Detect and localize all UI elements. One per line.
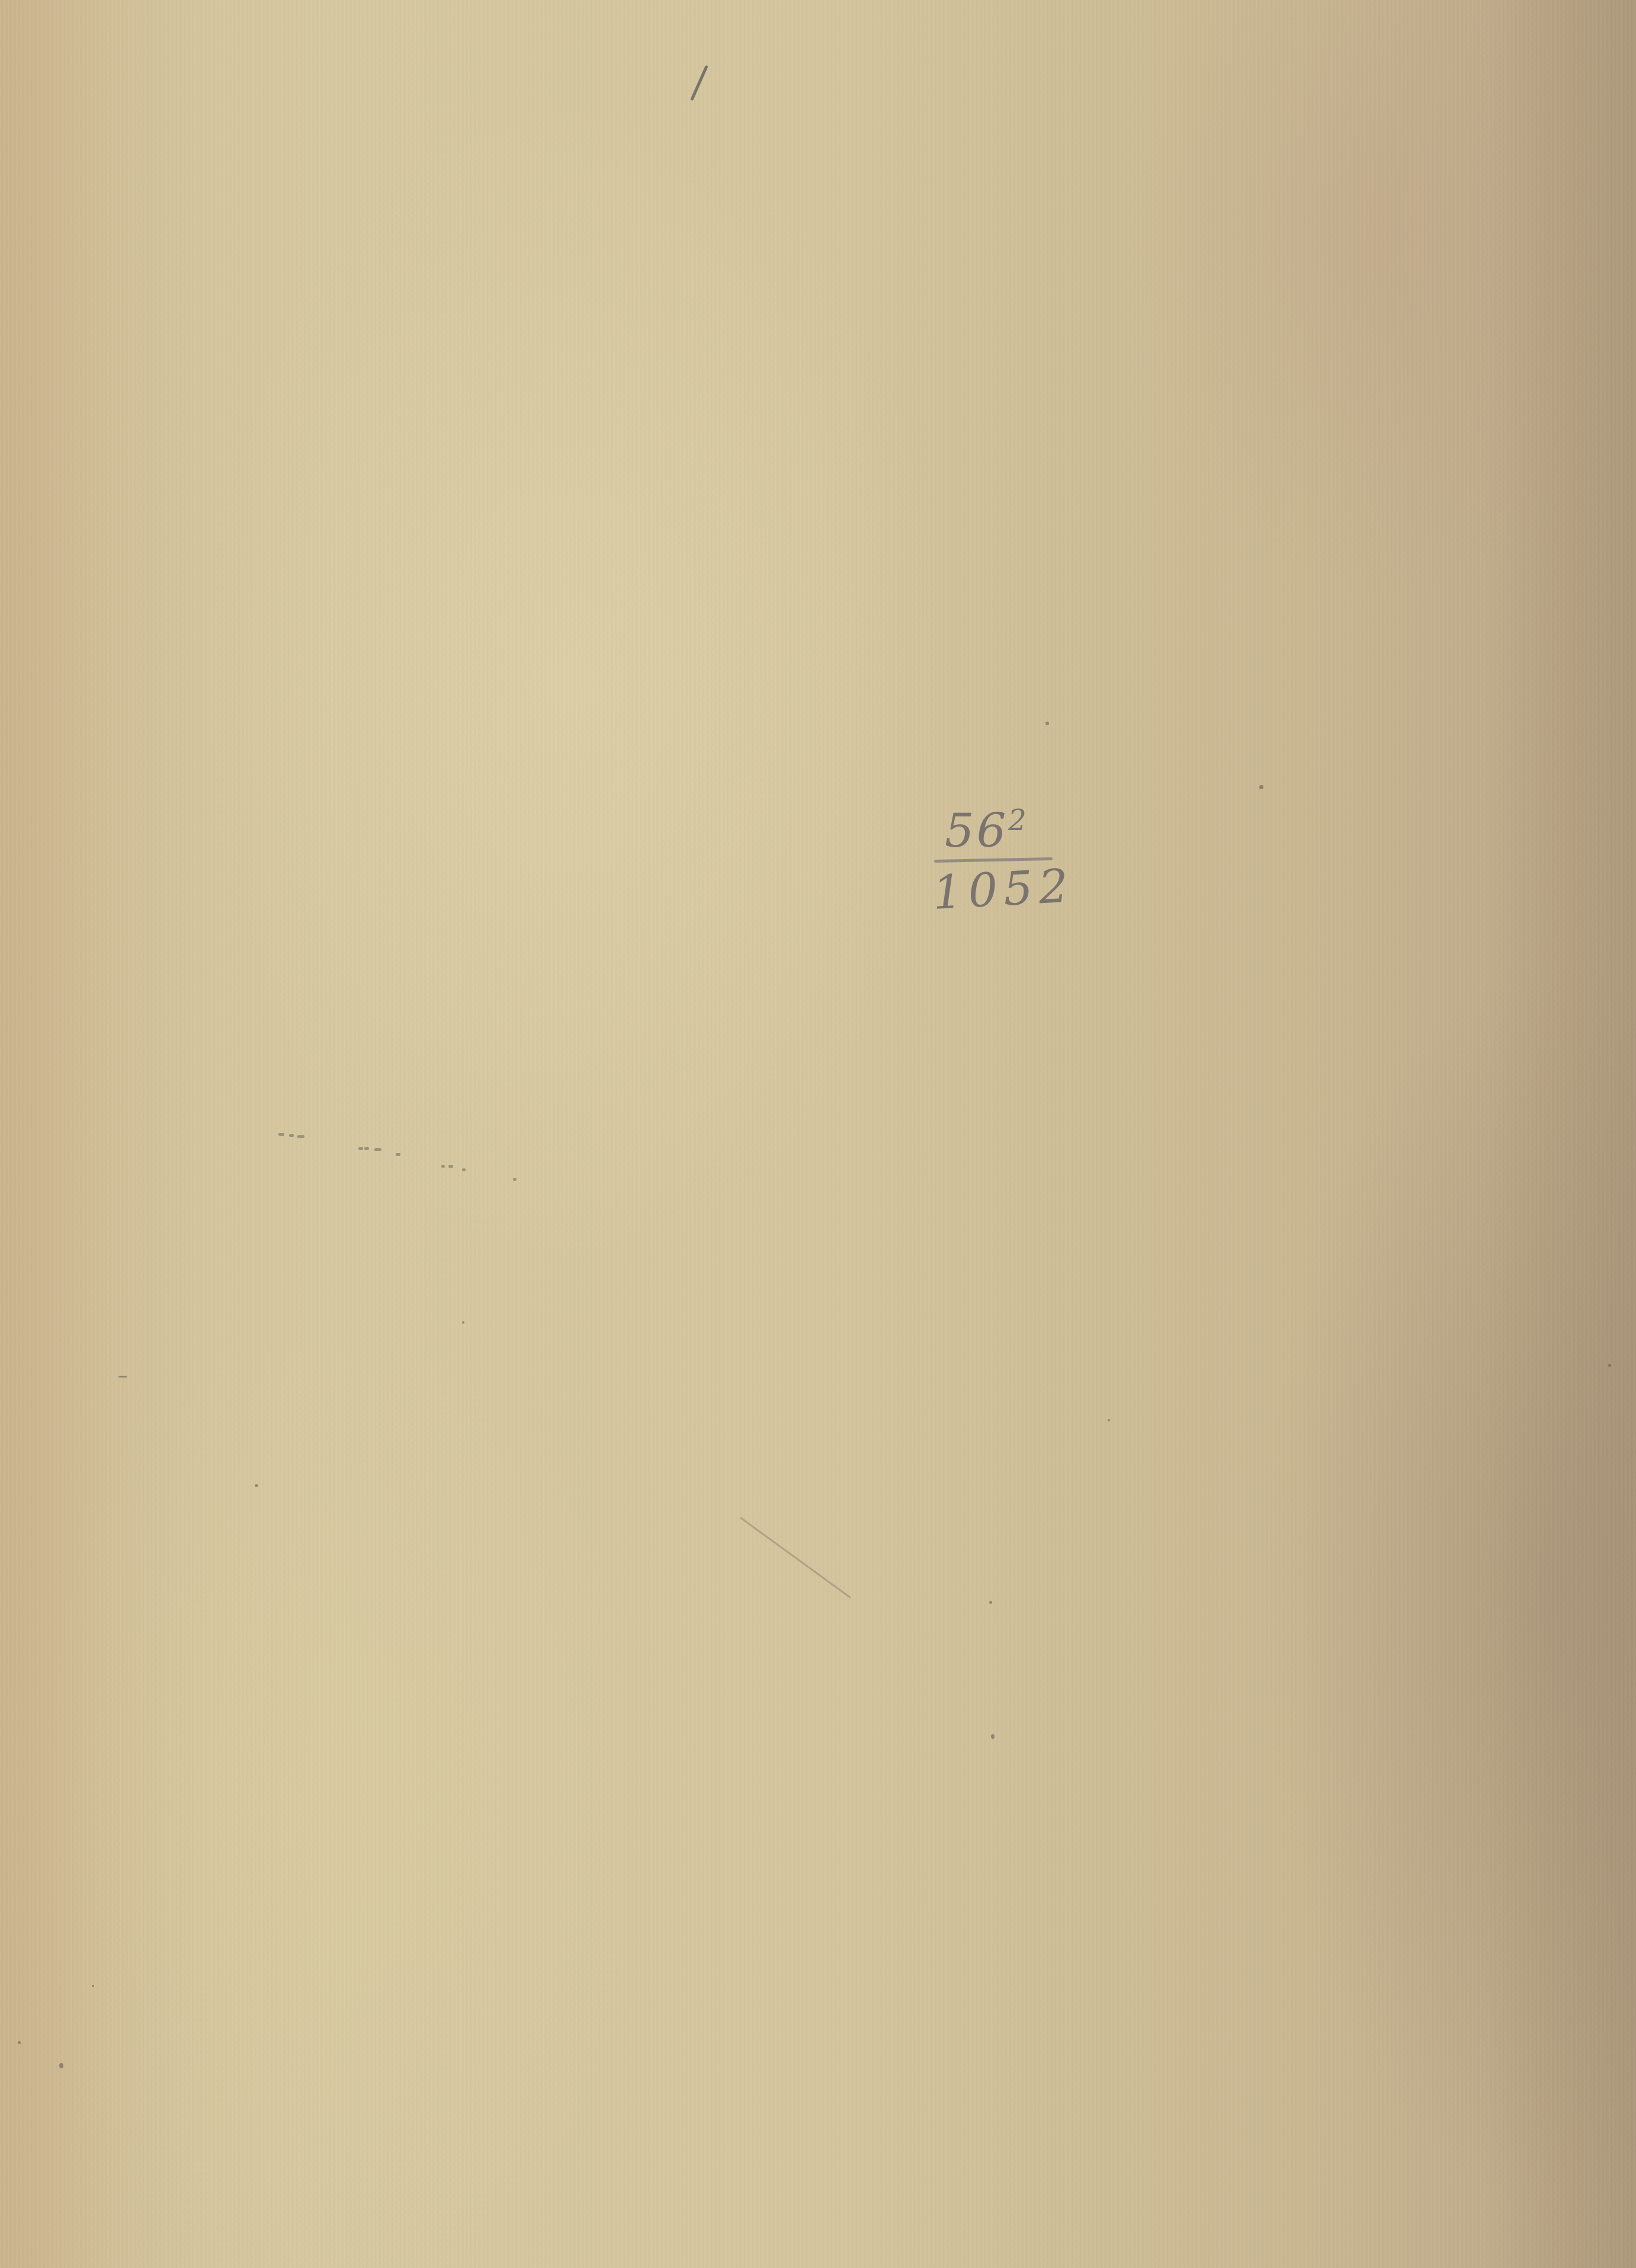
speck — [18, 2041, 21, 2044]
notation-numerator: 562 — [933, 797, 1111, 855]
speck-dash — [448, 1165, 453, 1168]
page-right-edge-shading — [1482, 0, 1636, 2268]
handwritten-catalog-notation: 562 1052 — [933, 797, 1111, 917]
numerator-digits: 56 — [945, 805, 1008, 858]
pencil-stroke-mark — [690, 65, 708, 101]
speck — [118, 1376, 127, 1378]
speck — [462, 1321, 464, 1324]
speck-dash — [374, 1148, 381, 1151]
speck-dash — [297, 1135, 304, 1138]
speck-dash — [513, 1178, 517, 1181]
speck — [1608, 1364, 1611, 1367]
speck — [92, 1985, 94, 1987]
paper-scratch-line — [740, 1517, 851, 1599]
speck-dash — [462, 1168, 466, 1171]
scanned-page: 562 1052 — [0, 0, 1636, 2268]
speck — [991, 1734, 995, 1739]
speck — [989, 1601, 992, 1604]
speck-dash — [364, 1147, 369, 1150]
notation-denominator: 1052 — [932, 860, 1112, 917]
speck-dash — [441, 1165, 445, 1168]
speck-dash — [278, 1133, 284, 1136]
speck-dash — [358, 1147, 363, 1150]
numerator-superscript: 2 — [1008, 804, 1029, 837]
paper-grain-texture — [0, 0, 1636, 2268]
speck — [1259, 785, 1263, 789]
page-left-edge-shading — [0, 0, 190, 2268]
speck-dash — [289, 1134, 294, 1137]
speck — [1045, 722, 1049, 725]
speck — [59, 2063, 63, 2068]
speck — [1108, 1419, 1110, 1421]
speck-dash — [396, 1153, 400, 1156]
speck — [255, 1484, 258, 1487]
